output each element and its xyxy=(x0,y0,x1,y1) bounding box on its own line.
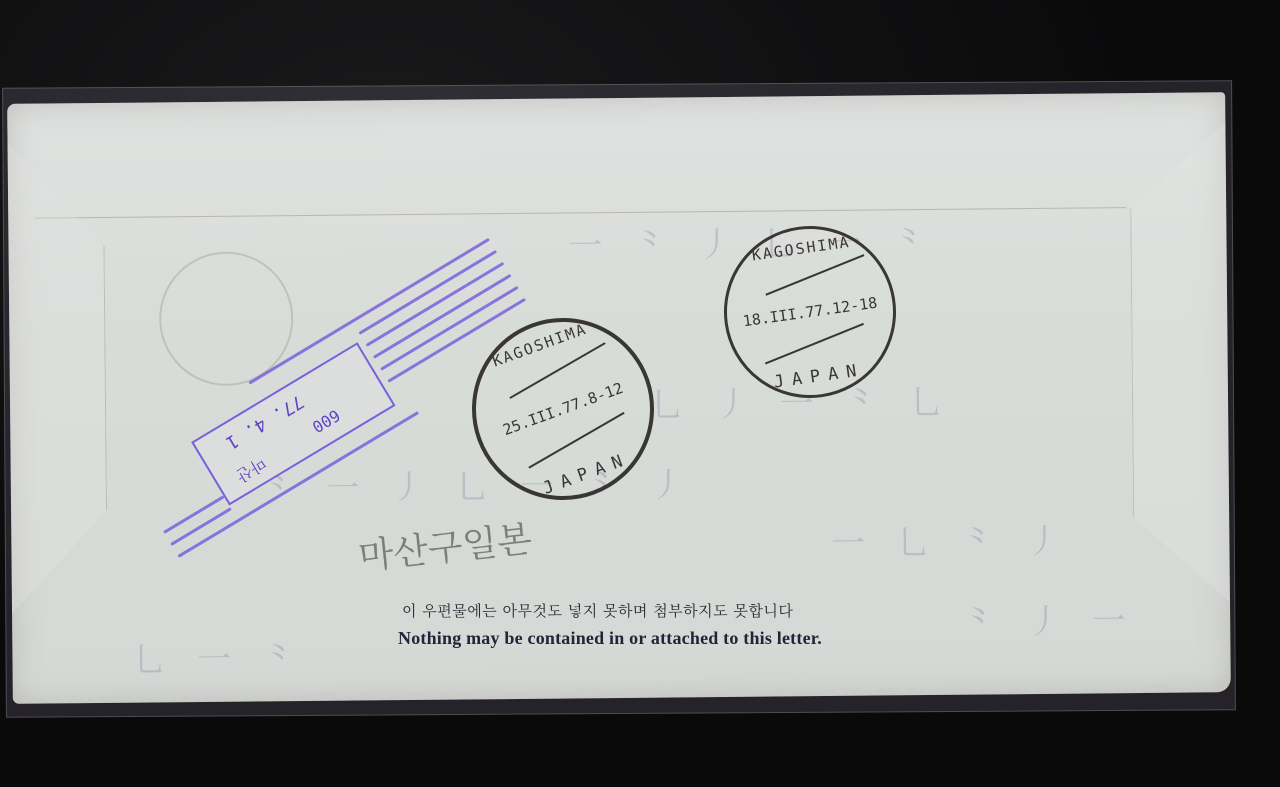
faint-show-through-writing: 乚 一 ⺀ xyxy=(132,631,306,682)
faint-show-through-writing: ⺀ 丿 一 xyxy=(962,593,1136,644)
postmark-arc-line xyxy=(765,323,864,365)
stamp-code: 600 xyxy=(309,406,344,437)
envelope-top-flap xyxy=(33,117,1126,218)
stamp-bar xyxy=(380,286,519,371)
stamp-date: 77. 4. 1 xyxy=(222,391,307,454)
postmark-date: 25.III.77.8-12 xyxy=(478,371,648,447)
printed-notice-korean: 이 우편물에는 아무것도 넣지 못하며 첨부하지도 못합니다 xyxy=(402,600,793,621)
faint-show-through-writing: 一 乚 ⺀ 丿 xyxy=(831,514,1070,565)
stamp-office: 마산 xyxy=(233,453,271,489)
printed-notice-english: Nothing may be contained in or attached … xyxy=(398,628,822,649)
postmark-date: 18.III.77.12-18 xyxy=(727,292,894,333)
envelope-right-flap xyxy=(1129,122,1230,603)
